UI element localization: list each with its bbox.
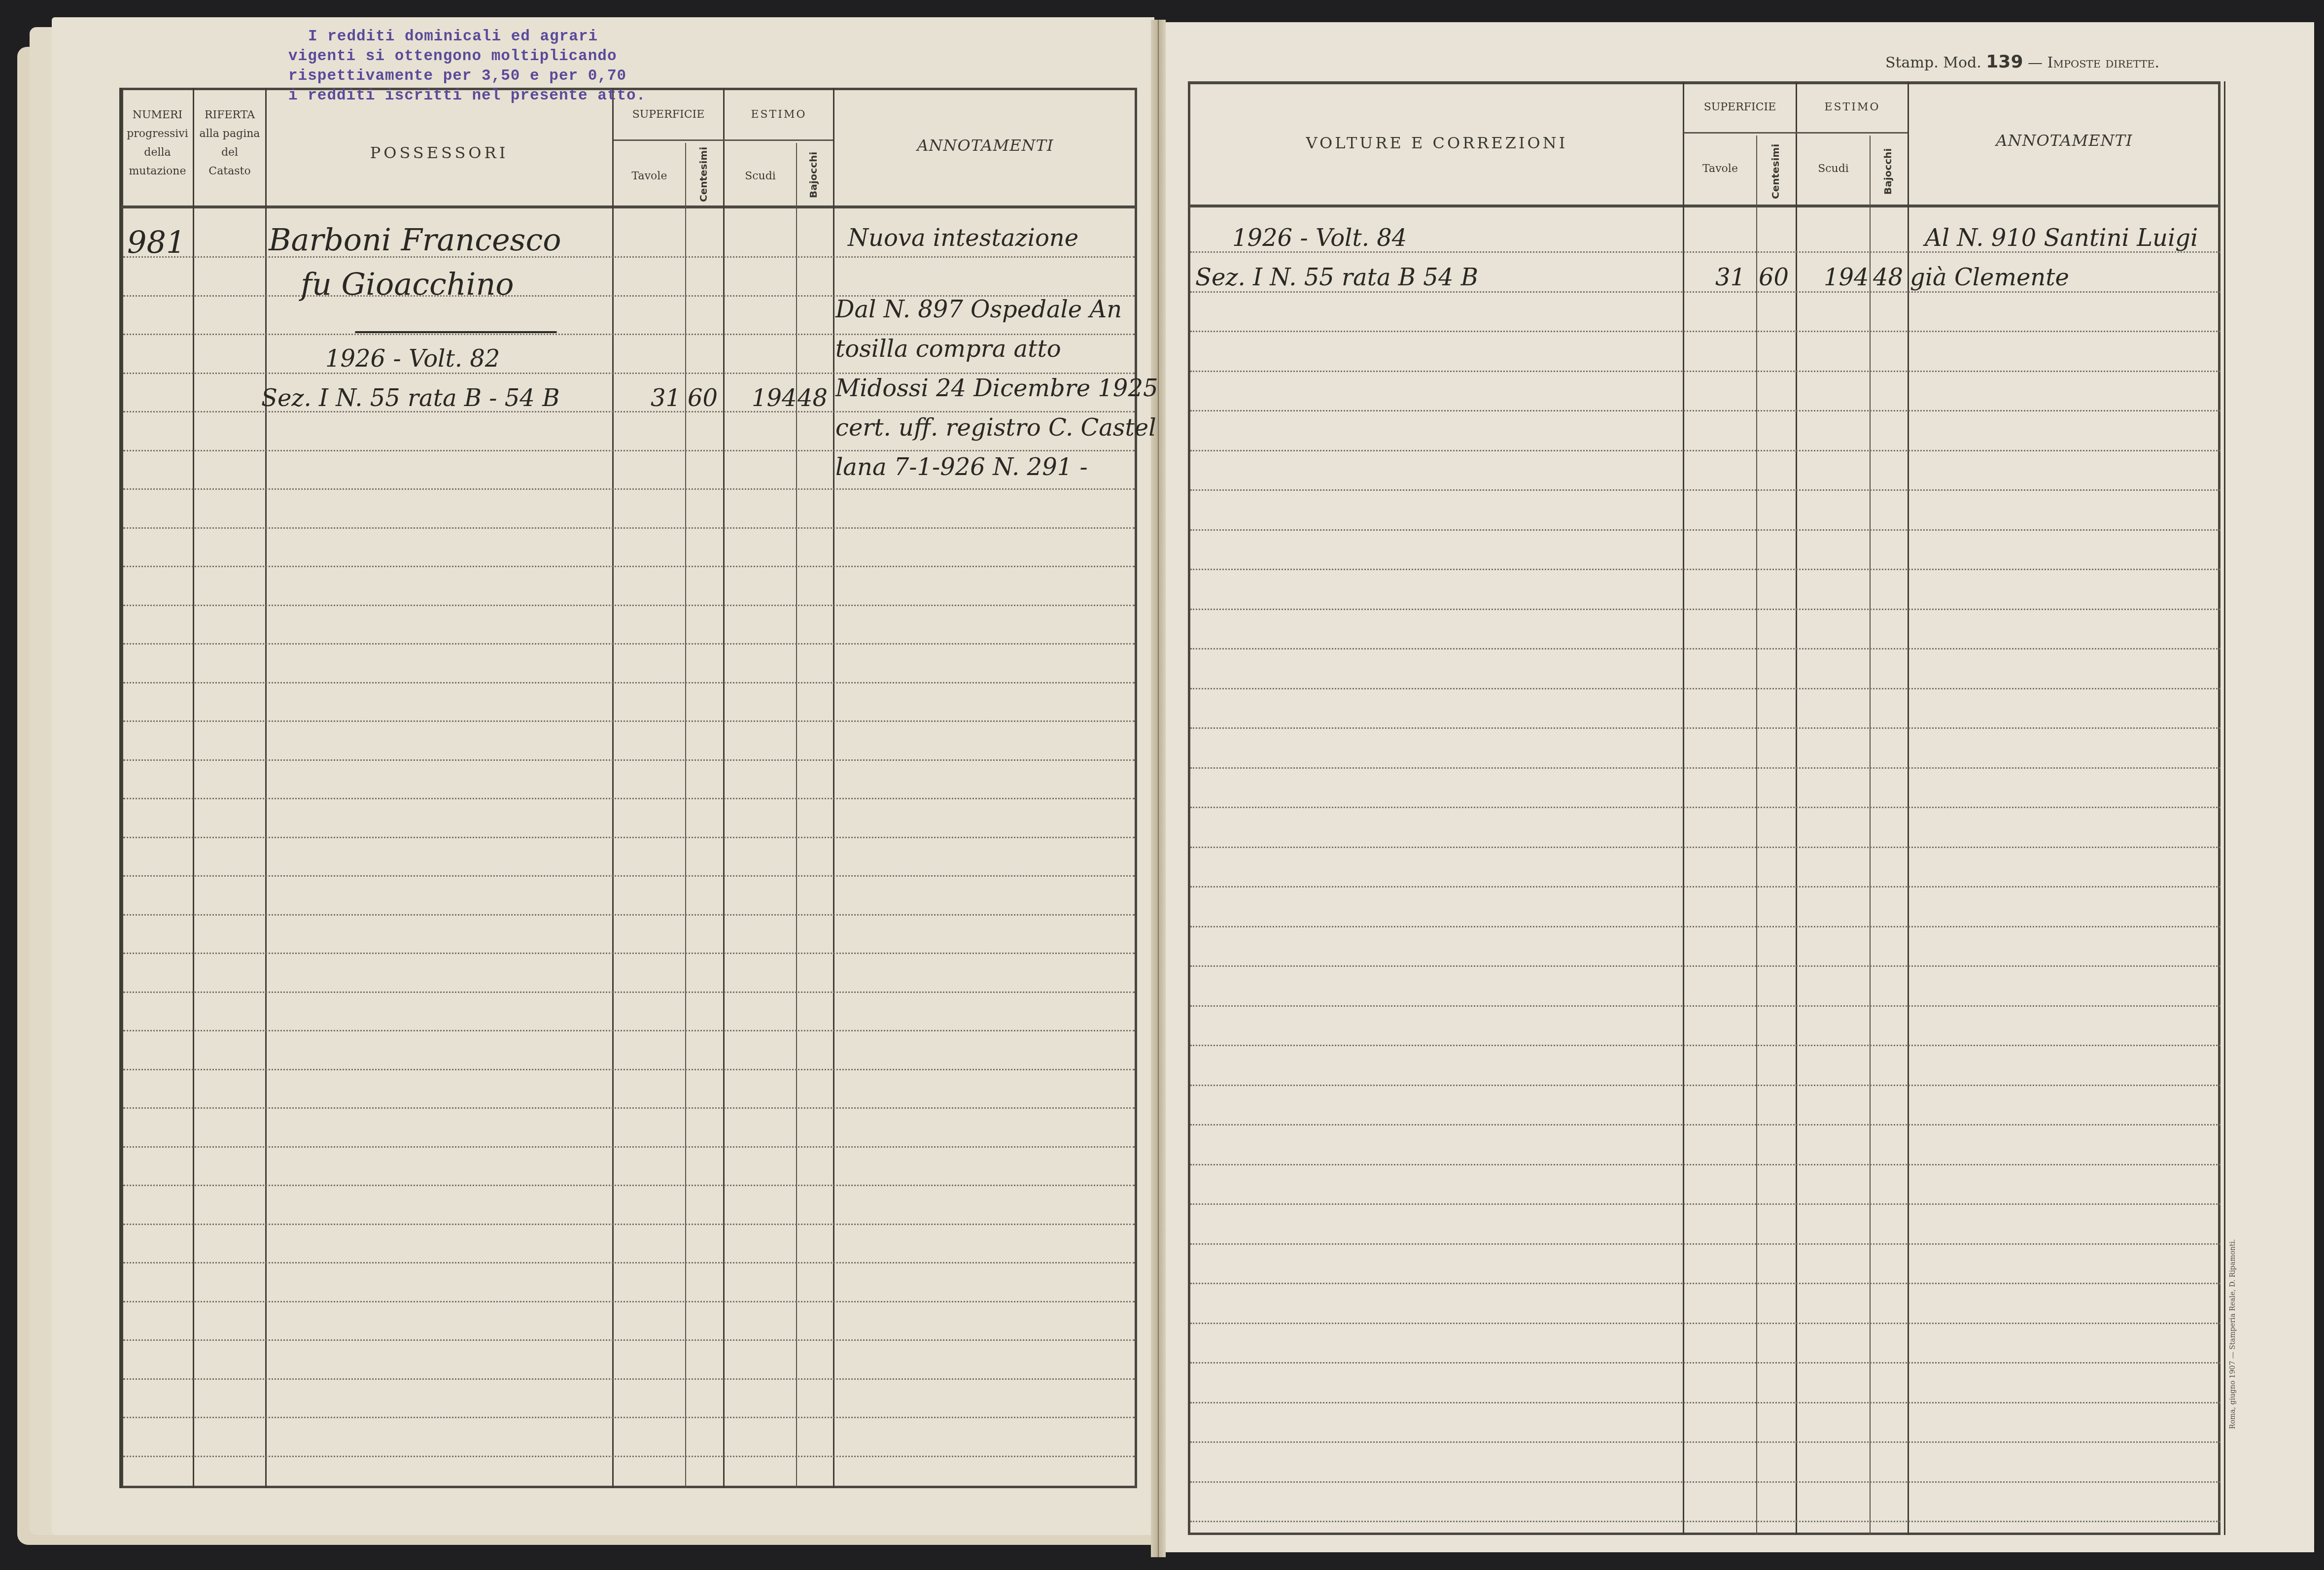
row-rule <box>1190 688 2220 689</box>
row-rule <box>123 1456 1135 1457</box>
col-divider <box>833 88 834 1488</box>
stamp-line: rispettivamente per 3,50 e per 0,70 <box>288 67 646 86</box>
col-divider <box>612 88 614 1488</box>
voltura-reference: 1926 - Volt. 84 <box>1232 224 1407 252</box>
row-rule <box>1190 1441 2220 1443</box>
annotation-line: lana 7-1-926 N. 291 - <box>835 453 1088 481</box>
header-riferta-line: del <box>194 143 265 162</box>
right-header-divider <box>1188 205 2220 207</box>
row-rule <box>1190 410 2220 411</box>
header-bajocchi: Bajocchi <box>807 148 822 202</box>
annotation-line: Midossi 24 Dicembre 1925 <box>835 375 1158 402</box>
right-outer-border <box>2224 81 2225 1535</box>
row-rule <box>1190 1045 2220 1046</box>
row-rule <box>1190 1323 2220 1324</box>
left-border <box>119 88 122 1488</box>
form-label: Stamp. Mod. <box>1885 54 1981 71</box>
row-rule <box>123 720 1135 722</box>
header-annotamenti: ANNOTAMENTI <box>834 133 1136 158</box>
voltura-reference: 1926 - Volt. 82 <box>325 345 500 373</box>
row-rule <box>123 373 1135 374</box>
row-rule <box>123 1339 1135 1341</box>
row-rule <box>123 450 1135 451</box>
header-tavole: Tavole <box>614 168 685 185</box>
row-rule <box>123 1107 1135 1109</box>
row-rule <box>123 605 1135 606</box>
header-centesimi: Centesimi <box>1769 143 1784 200</box>
header-scudi: Scudi <box>725 168 796 185</box>
owner-name: Barboni Francesco <box>269 222 561 258</box>
header-numeri-line: NUMERI <box>122 106 193 125</box>
row-rule <box>123 837 1135 838</box>
header-tavole: Tavole <box>1684 160 1756 177</box>
row-rule <box>1190 1283 2220 1284</box>
area-tavole: 31 <box>651 384 681 412</box>
row-rule <box>1190 450 2220 451</box>
form-header: Stamp. Mod. 139 — Imposte dirette. <box>1885 52 2159 72</box>
row-rule <box>123 488 1135 490</box>
header-superficie: SUPERFICIE <box>614 106 723 123</box>
estimo-bajocchi: 48 <box>798 384 828 412</box>
form-number: 139 <box>1986 52 2023 72</box>
annotation-line: già Clemente <box>1910 264 2069 291</box>
stamp-line: I redditi dominicali ed agrari <box>288 27 646 47</box>
col-divider <box>1908 81 1909 1535</box>
row-rule <box>1190 371 2220 372</box>
header-riferta: RIFERTA alla pagina del Catasto <box>194 106 265 181</box>
estimo-bajocchi: 48 <box>1873 264 1903 291</box>
row-rule <box>1190 569 2220 570</box>
row-rule <box>123 1378 1135 1380</box>
printer-imprint: Roma, giugno 1907 — Stamperia Reale, D. … <box>2229 1173 2237 1429</box>
row-rule <box>123 1185 1135 1186</box>
subheader-divider <box>614 139 833 141</box>
annotation-line: tosilla compra atto <box>835 335 1061 363</box>
row-rule <box>123 527 1135 529</box>
area-centesimi: 60 <box>1759 264 1789 291</box>
header-riferta-line: Catasto <box>194 162 265 181</box>
row-rule <box>123 991 1135 993</box>
row-rule <box>1190 926 2220 927</box>
header-estimo: ESTIMO <box>725 106 833 123</box>
left-header-divider <box>121 205 1137 208</box>
row-rule <box>1190 1164 2220 1165</box>
header-annotamenti: ANNOTAMENTI <box>1909 128 2220 153</box>
row-rule <box>1190 1203 2220 1205</box>
row-rule <box>123 1262 1135 1263</box>
header-possessori: POSSESSORI <box>267 140 612 166</box>
stamp-line: vigenti si ottengono moltiplicando <box>288 47 646 67</box>
row-rule <box>1190 807 2220 808</box>
book-gutter <box>1151 20 1166 1557</box>
row-rule <box>1190 727 2220 729</box>
owner-patronymic: fu Gioacchino <box>301 266 514 302</box>
header-bajocchi: Bajocchi <box>1882 143 1897 200</box>
header-numeri-line: della <box>122 143 193 162</box>
row-rule <box>123 1030 1135 1031</box>
header-scudi: Scudi <box>1797 160 1870 177</box>
row-rule <box>123 643 1135 645</box>
annotation-line: Nuova intestazione <box>848 224 1078 252</box>
col-divider <box>1796 81 1797 1535</box>
row-rule <box>1190 529 2220 531</box>
row-rule <box>123 1146 1135 1148</box>
header-numeri-line: mutazione <box>122 162 193 181</box>
row-rule <box>1190 1521 2220 1522</box>
row-rule <box>123 798 1135 799</box>
row-rule <box>1190 1362 2220 1364</box>
col-divider <box>1870 136 1871 1535</box>
estimo-scudi: 194 <box>752 384 797 412</box>
row-rule <box>1190 331 2220 332</box>
header-numeri-line: progressivi <box>122 125 193 143</box>
col-divider <box>796 143 797 1488</box>
col-divider <box>723 88 725 1488</box>
annotation-line: Al N. 910 Santini Luigi <box>1925 224 2198 252</box>
col-divider <box>685 143 686 1488</box>
row-rule <box>123 682 1135 683</box>
header-centesimi: Centesimi <box>697 148 712 202</box>
row-rule <box>1190 886 2220 887</box>
parcel-reference: Sez. I N. 55 rata B - 54 B <box>261 384 559 412</box>
entry-number: 981 <box>127 224 185 260</box>
header-volture: VOLTURE E CORREZIONI <box>1190 131 1683 156</box>
row-rule <box>123 1417 1135 1418</box>
row-rule <box>123 759 1135 761</box>
row-rule <box>123 1301 1135 1302</box>
header-riferta-line: alla pagina <box>194 125 265 143</box>
row-rule <box>123 1224 1135 1225</box>
area-tavole: 31 <box>1715 264 1745 291</box>
row-rule <box>123 1069 1135 1070</box>
row-rule <box>123 914 1135 916</box>
row-rule <box>1190 1243 2220 1245</box>
row-rule <box>123 875 1135 877</box>
header-riferta-line: RIFERTA <box>194 106 265 125</box>
subheader-divider <box>1684 132 1908 134</box>
row-rule <box>1190 1481 2220 1483</box>
annotation-line: Dal N. 897 Ospedale An <box>835 296 1122 323</box>
header-superficie: SUPERFICIE <box>1684 99 1796 116</box>
row-rule <box>1190 1085 2220 1086</box>
col-divider <box>1756 136 1757 1535</box>
row-rule <box>1190 965 2220 967</box>
row-rule <box>1190 847 2220 848</box>
col-divider <box>265 88 267 1488</box>
row-rule <box>1190 767 2220 769</box>
col-divider <box>1683 81 1684 1535</box>
row-rule <box>1190 1124 2220 1126</box>
row-rule <box>1190 648 2220 649</box>
stamp-line: i redditi iscritti nel presente atto. <box>288 86 646 106</box>
right-table-frame <box>1188 81 2220 1535</box>
header-estimo: ESTIMO <box>1797 99 1908 116</box>
row-rule <box>123 953 1135 954</box>
estimo-scudi: 194 <box>1824 264 1869 291</box>
header-numeri: NUMERI progressivi della mutazione <box>122 106 193 181</box>
annotation-line: cert. uff. registro C. Castel <box>835 414 1156 442</box>
form-section: — Imposte dirette. <box>2028 54 2159 71</box>
owner-underline <box>355 331 557 333</box>
row-rule <box>1190 1005 2220 1007</box>
row-rule <box>1190 1402 2220 1403</box>
row-rule <box>123 566 1135 567</box>
row-rule <box>1190 609 2220 610</box>
col-divider <box>193 88 194 1488</box>
area-centesimi: 60 <box>688 384 718 412</box>
row-rule <box>1190 489 2220 491</box>
parcel-reference: Sez. I N. 55 rata B 54 B <box>1195 264 1478 291</box>
tax-multiplier-stamp: I redditi dominicali ed agrari vigenti s… <box>288 27 646 106</box>
